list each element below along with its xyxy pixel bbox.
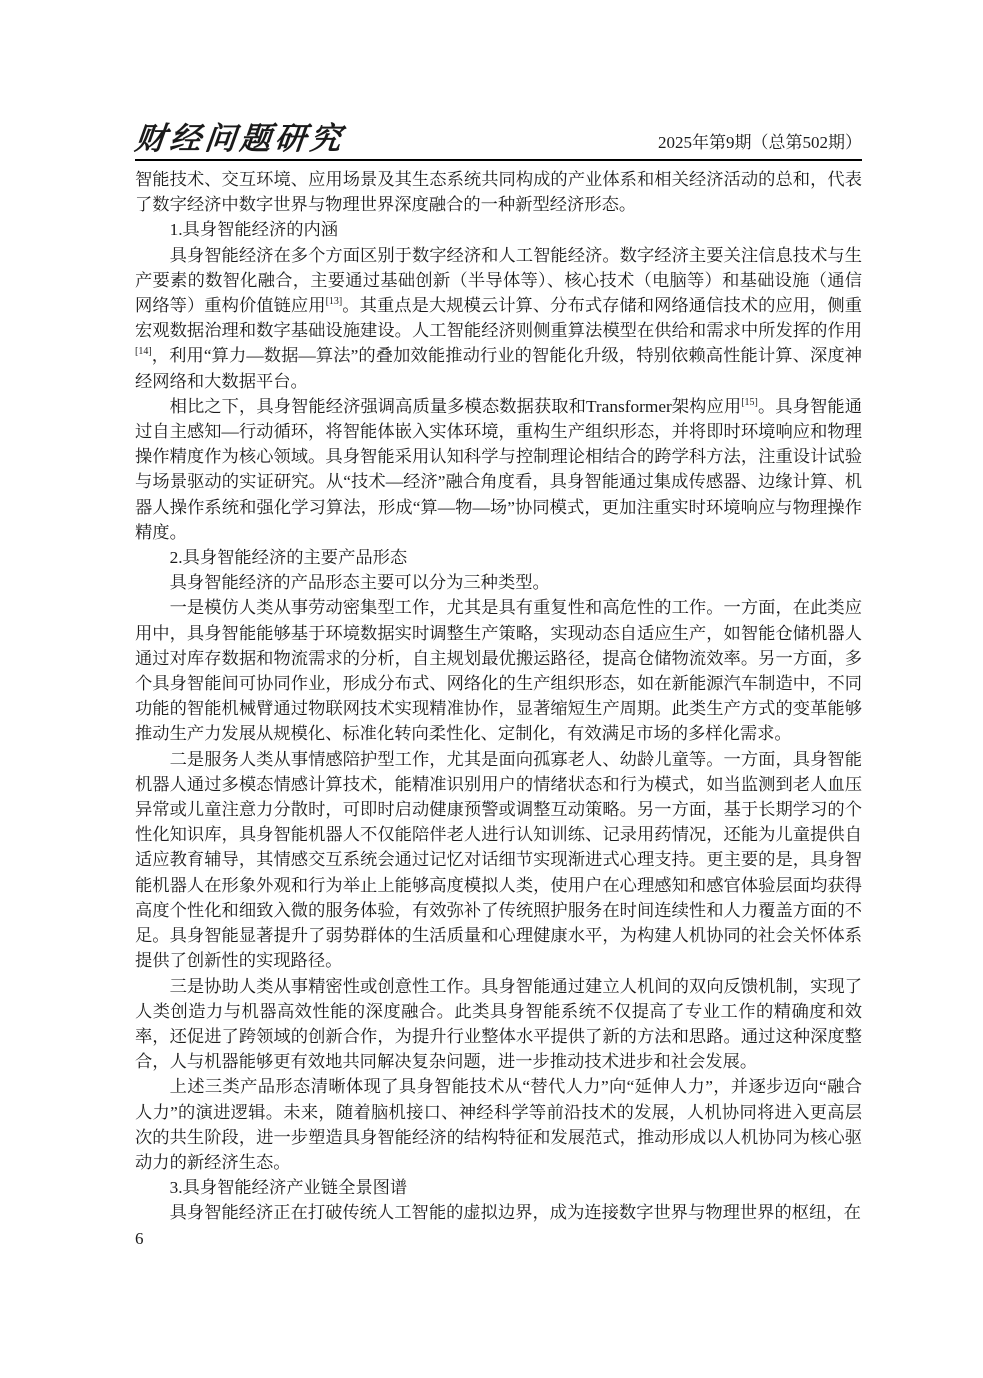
journal-page: 财经问题研究 2025年第9期（总第502期） 智能技术、交互环境、应用场景及其…	[0, 0, 983, 1378]
paragraph: 二是服务人类从事情感陪护型工作，尤其是面向孤寡老人、幼龄儿童等。一方面，具身智能…	[135, 747, 862, 974]
citation-marker: [15]	[741, 397, 758, 408]
paragraph: 具身智能经济正在打破传统人工智能的虚拟边界，成为连接数字世界与物理世界的枢纽，在	[135, 1200, 862, 1225]
paragraph: 上述三类产品形态清晰体现了具身智能技术从“替代人力”向“延伸人力”，并逐步迈向“…	[135, 1074, 862, 1175]
article-body: 智能技术、交互环境、应用场景及其生态系统共同构成的产业体系和相关经济活动的总和，…	[135, 167, 862, 1226]
paragraph: 智能技术、交互环境、应用场景及其生态系统共同构成的产业体系和相关经济活动的总和，…	[135, 167, 862, 217]
paragraph: 相比之下，具身智能经济强调高质量多模态数据获取和Transformer架构应用[…	[135, 394, 862, 545]
paragraph: 一是模仿人类从事劳动密集型工作，尤其是具有重复性和高危性的工作。一方面，在此类应…	[135, 595, 862, 746]
section-heading: 2.具身智能经济的主要产品形态	[135, 545, 862, 570]
paragraph: 具身智能经济在多个方面区别于数字经济和人工智能经济。数字经济主要关注信息技术与生…	[135, 243, 862, 394]
issue-info: 2025年第9期（总第502期）	[658, 134, 862, 154]
paragraph: 具身智能经济的产品形态主要可以分为三种类型。	[135, 570, 862, 595]
section-heading: 1.具身智能经济的内涵	[135, 217, 862, 242]
journal-logo: 财经问题研究	[133, 123, 346, 154]
page-number: 6	[135, 1226, 144, 1251]
page-header: 财经问题研究 2025年第9期（总第502期）	[135, 112, 862, 161]
citation-marker: [14]	[135, 347, 152, 358]
citation-marker: [13]	[326, 296, 343, 307]
section-heading: 3.具身智能经济产业链全景图谱	[135, 1175, 862, 1200]
content-area: 财经问题研究 2025年第9期（总第502期） 智能技术、交互环境、应用场景及其…	[135, 112, 862, 1226]
paragraph: 三是协助人类从事精密性或创意性工作。具身智能通过建立人机间的双向反馈机制，实现了…	[135, 974, 862, 1075]
